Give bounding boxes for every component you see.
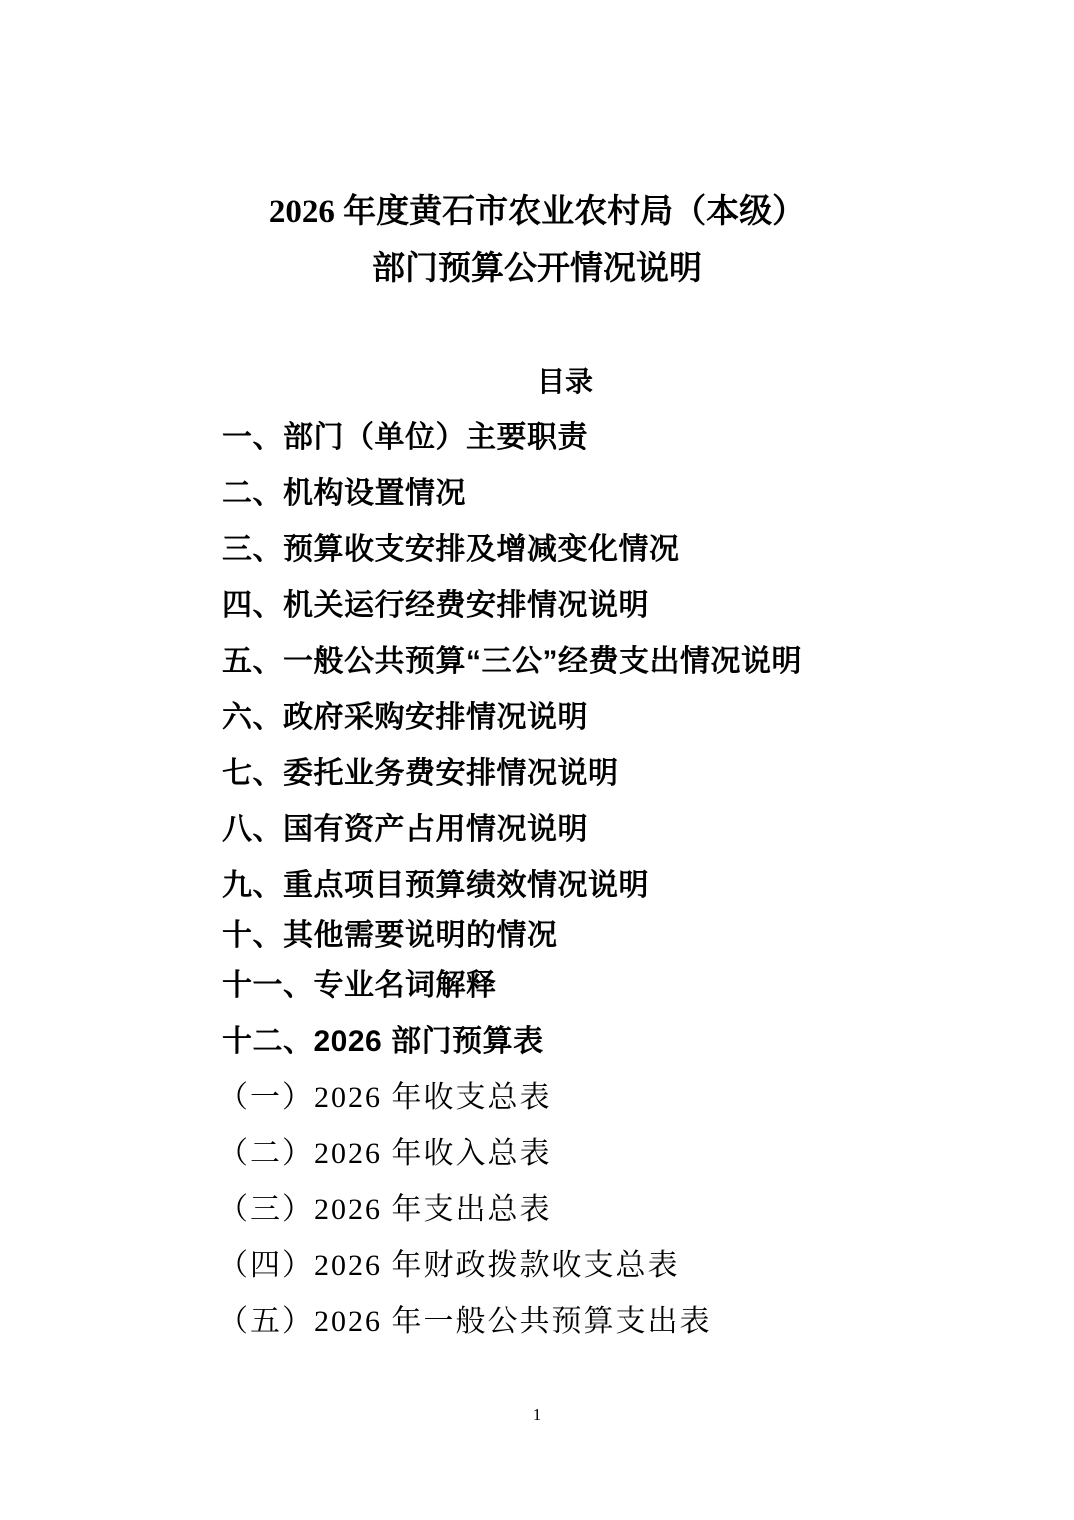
toc-item-17: （五）2026 年一般公共预算支出表 [218,1294,1074,1350]
toc-item-6: 六、政府采购安排情况说明 [222,690,1074,746]
toc-item-4: 四、机关运行经费安排情况说明 [222,578,1074,634]
document-title-line2: 部门预算公开情况说明 [0,241,1074,298]
toc-list: 一、部门（单位）主要职责 二、机构设置情况 三、预算收支安排及增减变化情况 四、… [0,410,1074,1350]
toc-heading: 目录 [0,367,1074,397]
toc-item-15: （三）2026 年支出总表 [218,1182,1074,1238]
toc-item-7: 七、委托业务费安排情况说明 [222,746,1074,802]
toc-item-8: 八、国有资产占用情况说明 [222,802,1074,858]
toc-item-2: 二、机构设置情况 [222,466,1074,522]
toc-item-11: 十一、专业名词解释 [222,958,1074,1014]
document-page: 2026 年度黄石市农业农村局（本级） 部门预算公开情况说明 目录 一、部门（单… [0,0,1074,1520]
toc-item-12: 十二、2026 部门预算表 [222,1014,1074,1070]
toc-item-16: （四）2026 年财政拨款收支总表 [218,1238,1074,1294]
toc-item-13: （一）2026 年收支总表 [218,1070,1074,1126]
toc-item-1: 一、部门（单位）主要职责 [222,410,1074,466]
toc-item-9: 九、重点项目预算绩效情况说明 [222,858,1074,914]
page-number: 1 [0,1405,1074,1425]
toc-item-3: 三、预算收支安排及增减变化情况 [222,522,1074,578]
toc-item-5: 五、一般公共预算“三公”经费支出情况说明 [222,634,1074,690]
toc-item-10: 十、其他需要说明的情况 [222,908,1074,964]
document-title: 2026 年度黄石市农业农村局（本级） 部门预算公开情况说明 [0,0,1074,298]
document-title-line1: 2026 年度黄石市农业农村局（本级） [0,184,1074,241]
toc-item-14: （二）2026 年收入总表 [218,1126,1074,1182]
